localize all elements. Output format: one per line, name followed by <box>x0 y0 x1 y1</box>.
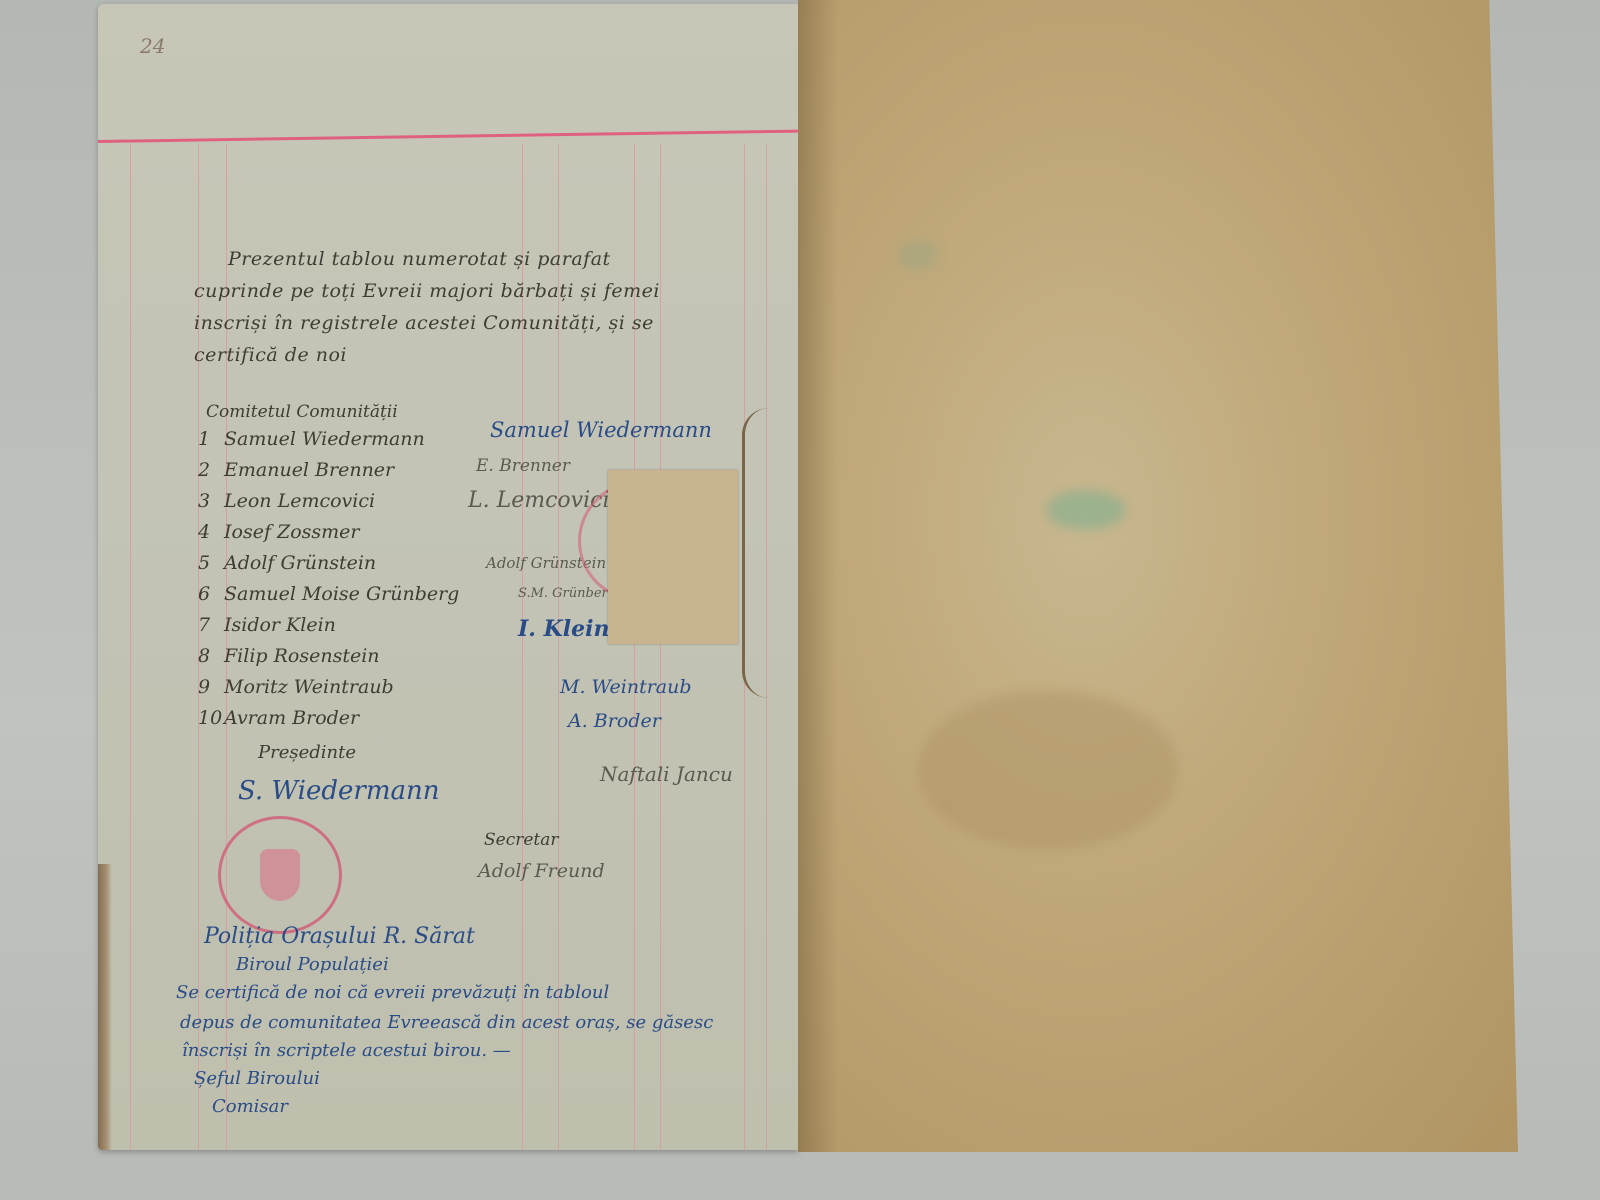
signature: I. Klein <box>518 616 609 642</box>
crest-icon <box>260 849 300 901</box>
header-rule <box>98 130 798 143</box>
police-chief-signature: Comisar <box>212 1096 288 1117</box>
column-rule <box>660 144 661 1150</box>
list-item: 9Moritz Weintraub <box>198 676 459 707</box>
seal-paper-patch <box>608 470 738 644</box>
water-stain <box>918 690 1178 850</box>
signature: M. Weintraub <box>560 676 692 698</box>
police-header: Poliția Orașului R. Sărat <box>204 924 475 949</box>
secretary-label: Secretar <box>484 830 559 850</box>
police-body-2: depus de comunitatea Evreească din acest… <box>180 1012 713 1033</box>
binding-string <box>742 408 769 698</box>
committee-heading: Comitetul Comunității <box>206 402 398 422</box>
list-item: 3Leon Lemcovici <box>198 490 459 521</box>
community-stamp <box>218 816 342 934</box>
signature: Samuel Wiedermann <box>490 418 712 442</box>
ink-stain <box>1046 490 1126 530</box>
cert-line-4: certifică de noi <box>194 344 347 366</box>
police-chief-label: Șeful Biroului <box>194 1068 320 1089</box>
police-office: Biroul Populației <box>236 954 389 975</box>
police-body-1: Se certifică de noi că evreii prevăzuți … <box>176 982 609 1003</box>
signature: A. Broder <box>568 710 661 732</box>
column-rule <box>130 144 131 1150</box>
list-item: 10Avram Broder <box>198 707 459 738</box>
list-item: 6Samuel Moise Grünberg <box>198 583 459 614</box>
signature: Naftali Jancu <box>600 762 733 786</box>
list-item: 4Iosef Zossmer <box>198 521 459 552</box>
list-item: 2Emanuel Brenner <box>198 459 459 490</box>
secretary-signature: Adolf Freund <box>478 860 605 882</box>
list-item: 8Filip Rosenstein <box>198 645 459 676</box>
cert-line-3: inscriși în registrele acestei Comunităț… <box>194 312 654 334</box>
list-item: 1Samuel Wiedermann <box>198 428 459 459</box>
list-item: 5Adolf Grünstein <box>198 552 459 583</box>
signature: E. Brenner <box>476 456 570 476</box>
committee-list: 1Samuel Wiedermann 2Emanuel Brenner 3Leo… <box>198 428 459 738</box>
cert-line-2: cuprinde pe toți Evreii majori bărbați ș… <box>194 280 660 302</box>
ink-stain <box>898 240 938 270</box>
right-page-blank <box>798 0 1518 1152</box>
president-signature: S. Wiedermann <box>238 776 440 806</box>
left-page: 24 Prezentul tablou numerotat și parafat… <box>98 4 798 1150</box>
police-body-3: înscriși în scriptele acestui birou. — <box>182 1040 511 1061</box>
president-label: Președinte <box>258 742 356 763</box>
cert-line-1: Prezentul tablou numerotat și parafat <box>228 248 611 270</box>
page-fold-shadow <box>798 0 838 1152</box>
list-item: 7Isidor Klein <box>198 614 459 645</box>
edge-stain <box>98 864 112 1150</box>
page-number: 24 <box>140 34 165 58</box>
